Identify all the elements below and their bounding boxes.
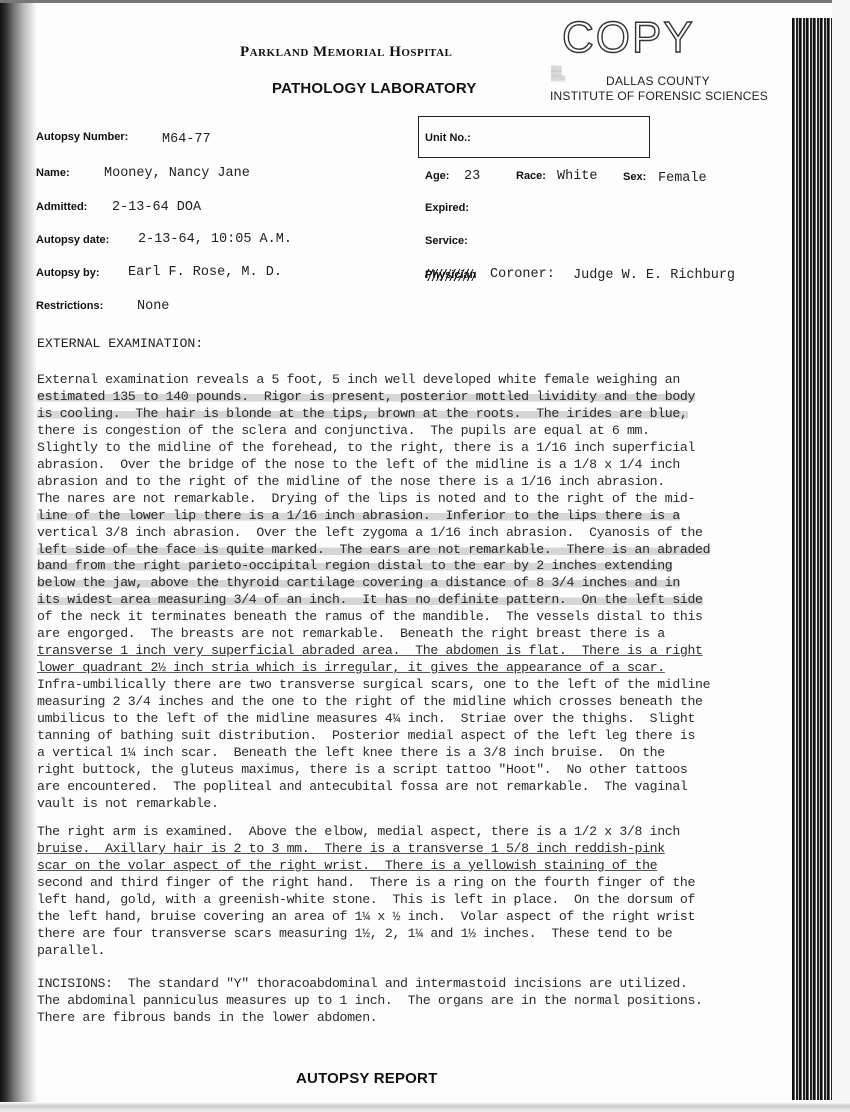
text-line: there are four transverse scars measurin… (37, 926, 787, 943)
age-label: Age: (425, 170, 449, 182)
text-line: is cooling. The hair is blonde at the ti… (37, 406, 787, 423)
text-line: External examination reveals a 5 foot, 5… (37, 372, 787, 389)
restrictions-value: None (137, 299, 169, 314)
text-line: left side of the face is quite marked. T… (37, 542, 787, 559)
name-label: Name: (36, 167, 70, 179)
text-line: INCISIONS: The standard "Y" thoracoabdom… (37, 976, 787, 993)
struck-physician-text: Physician (425, 269, 476, 281)
text-line: line of the lower lip there is a 1/16 in… (37, 508, 787, 525)
report-footer-title: AUTOPSY REPORT (296, 1070, 437, 1087)
text-line: abrasion and to the right of the midline… (37, 474, 787, 491)
text-line: a vertical 1¼ inch scar. Beneath the lef… (37, 745, 787, 762)
admitted-label: Admitted: (36, 201, 87, 213)
text-line: right buttock, the gluteus maximus, ther… (37, 762, 787, 779)
name-value: Mooney, Nancy Jane (104, 166, 250, 181)
text-line: Slightly to the midline of the forehead,… (37, 440, 787, 457)
race-label: Race: (516, 170, 546, 182)
text-line: second and third finger of the right han… (37, 875, 787, 892)
text-line: The nares are not remarkable. Drying of … (37, 491, 787, 508)
autopsy-number-value: M64-77 (162, 132, 211, 147)
text-line: scar on the volar aspect of the right wr… (37, 858, 787, 875)
text-line: are engorged. The breasts are not remark… (37, 626, 787, 643)
unit-number-label: Unit No.: (425, 132, 471, 144)
text-line: transverse 1 inch very superficial abrad… (37, 643, 787, 660)
age-value: 23 (464, 169, 480, 184)
scan-right-margin (832, 0, 850, 1112)
external-examination-paragraph-2: The right arm is examined. Above the elb… (37, 824, 787, 960)
autopsy-by-label: Autopsy by: (36, 267, 100, 279)
copy-stamp: COPY (562, 16, 695, 60)
text-line: The right arm is examined. Above the elb… (37, 824, 787, 841)
stamp-institute: INSTITUTE OF FORENSIC SCIENCES (550, 89, 768, 103)
scan-bottom-edge (0, 1102, 850, 1112)
text-line: below the jaw, above the thyroid cartila… (37, 575, 787, 592)
text-line: There are fibrous bands in the lower abd… (37, 1010, 787, 1027)
text-line: its widest area measuring 3/4 of an inch… (37, 592, 787, 609)
text-line: vault is not remarkable. (37, 796, 787, 813)
text-line: there is congestion of the sclera and co… (37, 423, 787, 440)
text-line: bruise. Axillary hair is 2 to 3 mm. Ther… (37, 841, 787, 858)
autopsy-by-value: Earl F. Rose, M. D. (128, 265, 282, 280)
autopsy-date-label: Autopsy date: (36, 234, 109, 246)
text-line: of the neck it terminates beneath the ra… (37, 609, 787, 626)
external-examination-heading: EXTERNAL EXAMINATION: (37, 336, 203, 351)
hospital-name: Parkland Memorial Hospital (240, 44, 452, 61)
text-line: the left hand, bruise covering an area o… (37, 909, 787, 926)
race-value: White (557, 169, 598, 184)
stamp-seal-icon: ▒▒▒▒▒▒▒▒▒▒ (551, 67, 577, 81)
scan-right-edge-bars (792, 18, 832, 1100)
text-line: vertical 3/8 inch abrasion. Over the lef… (37, 525, 787, 542)
text-line: parallel. (37, 943, 787, 960)
sex-label: Sex: (623, 171, 646, 183)
text-line: lower quadrant 2½ inch stria which is ir… (37, 660, 787, 677)
text-line: umbilicus to the left of the midline mea… (37, 711, 787, 728)
text-line: estimated 135 to 140 pounds. Rigor is pr… (37, 389, 787, 406)
stamp-county: DALLAS COUNTY (606, 74, 710, 88)
autopsy-report-page: Parkland Memorial Hospital PATHOLOGY LAB… (0, 0, 850, 1112)
text-line: abrasion. Over the bridge of the nose to… (37, 457, 787, 474)
external-examination-paragraph-1: External examination reveals a 5 foot, 5… (37, 372, 787, 813)
coroner-label: Coroner: (490, 267, 555, 282)
incisions-section: INCISIONS: The standard "Y" thoracoabdom… (37, 976, 787, 1027)
coroner-value: Judge W. E. Richburg (573, 268, 735, 283)
text-line: are encountered. The popliteal and antec… (37, 779, 787, 796)
admitted-value: 2-13-64 DOA (112, 200, 201, 215)
department-title: PATHOLOGY LABORATORY (272, 80, 477, 97)
expired-label: Expired: (425, 202, 469, 214)
service-label: Service: (425, 235, 468, 247)
text-line: Infra-umbilically there are two transver… (37, 677, 787, 694)
text-line: measuring 2 3/4 inches and the one to th… (37, 694, 787, 711)
physician-label-struck: Physician (425, 269, 476, 281)
text-line: band from the right parieto-occipital re… (37, 558, 787, 575)
text-line: left hand, gold, with a greenish-white s… (37, 892, 787, 909)
text-line: tanning of bathing suit distribution. Po… (37, 728, 787, 745)
scan-binding-shadow (0, 0, 38, 1112)
text-line: The abdominal panniculus measures up to … (37, 993, 787, 1010)
sex-value: Female (658, 171, 707, 186)
autopsy-date-value: 2-13-64, 10:05 A.M. (138, 232, 292, 247)
restrictions-label: Restrictions: (36, 300, 103, 312)
scan-top-edge (0, 0, 850, 3)
autopsy-number-label: Autopsy Number: (36, 131, 128, 143)
